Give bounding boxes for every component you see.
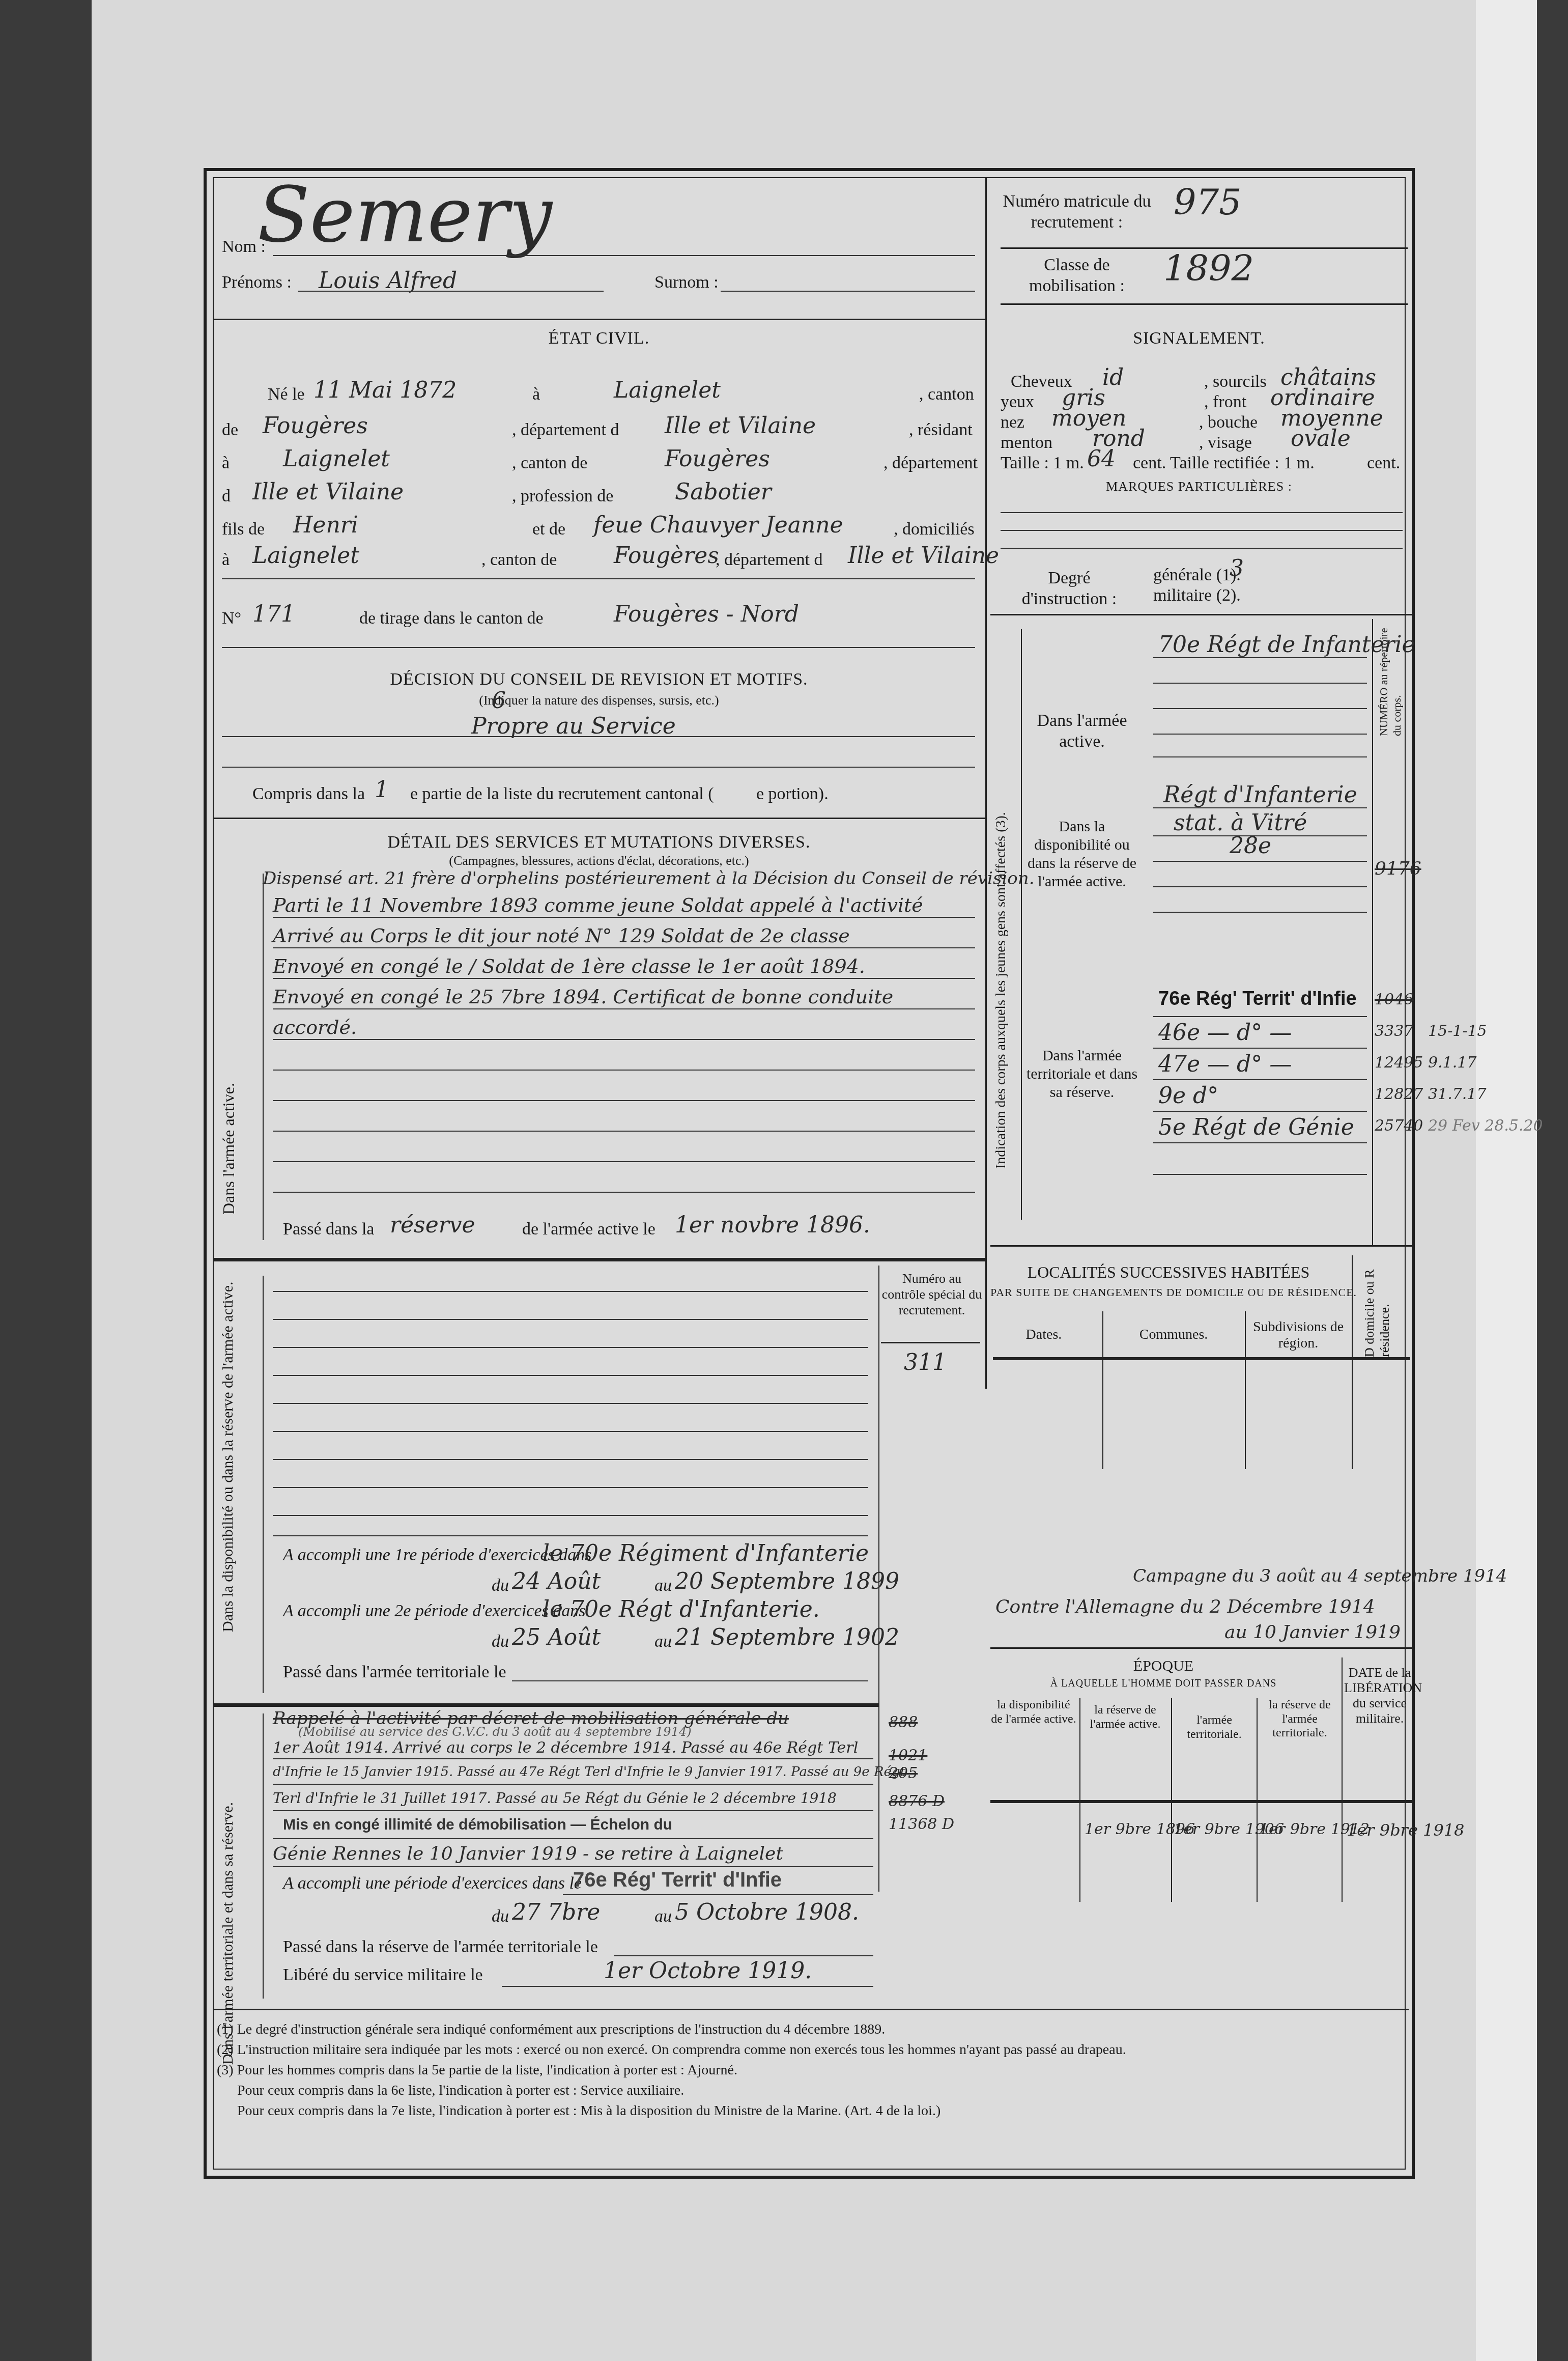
libere-value: 1er Octobre 1919. [604, 1958, 812, 1984]
active-label: Dans l'armée active. [1026, 711, 1138, 752]
passe-reserve-value: réserve [390, 1212, 475, 1238]
liberation-label: DATE de la LIBÉRATION du service militai… [1344, 1665, 1415, 1726]
a-label: à [532, 385, 540, 404]
etat-civil-line [222, 578, 975, 579]
services-rule-10 [273, 1192, 975, 1193]
footnote-3: (3) Pour les hommes compris dans la 5e p… [217, 2062, 737, 2078]
corps-divider [990, 1245, 1413, 1247]
tirage-line [222, 647, 975, 648]
conseil-decision-value: Propre au Service [471, 713, 676, 739]
decision-line-1 [222, 736, 975, 737]
active-rule-1 [1153, 657, 1367, 658]
surnom-line [721, 291, 975, 292]
territoriale-row-0: 76e Rég' Territ' d'Infie 1046 [1153, 986, 1367, 1017]
territoriale-row-4-numero: 25740 [1375, 1117, 1423, 1135]
periode1-au: 20 Septembre 1899 [675, 1568, 899, 1594]
header-divider [213, 319, 985, 320]
passe-reserve-mid: de l'armée active le [522, 1220, 655, 1239]
territoriale-row-4-date: 29 Fev 28.5.20 [1428, 1117, 1543, 1135]
services-rule-9 [273, 1161, 975, 1162]
territoriale-row-1: 46e — d° — 3337 15-1-15 [1153, 1017, 1367, 1049]
territoriale-row-2-numero: 12495 [1375, 1054, 1423, 1072]
territoriale-row-1-corps: 46e — d° — [1158, 1020, 1292, 1046]
front-label: , front [1204, 392, 1246, 412]
services-bracket [263, 874, 264, 1240]
localites-side-column: D domicile ou R résidence. [1362, 1266, 1392, 1357]
active-rule-3 [1153, 708, 1367, 709]
territoriale-side-label: Dans l'armée territoriale et dans sa rés… [219, 1749, 237, 2065]
passe-reserve-date: 1er novbre 1896. [675, 1212, 870, 1238]
territoriale-row-3: 9e d° 12827 31.7.17 [1153, 1080, 1367, 1112]
dispo-rule-4 [273, 1375, 868, 1376]
libere-label: Libéré du service militaire le [283, 1965, 483, 1985]
fils-de-label: fils de [222, 520, 265, 539]
dispo-rule-8 [273, 1487, 868, 1488]
visage-value: ovale [1291, 426, 1351, 452]
territoriale-rule-1 [273, 1758, 873, 1759]
portion-label: e portion). [756, 784, 829, 804]
side-number-0: 888 [889, 1713, 975, 1731]
territoriale-line-5: Mis en congé illimité de démobilisation … [283, 1816, 672, 1834]
compris-label: Compris dans la [252, 784, 365, 804]
territoriale-bracket [263, 1713, 264, 1999]
disponibilite-corps-label: Dans la disponibilité ou dans la réserve… [1026, 818, 1138, 891]
ne-le-value: 11 Mai 1872 [313, 377, 457, 403]
campagne-line-3: au 10 Janvier 1919 [1224, 1622, 1401, 1643]
disponibilite-value-2: 28e [1230, 833, 1271, 859]
page-edge [1476, 0, 1537, 2361]
etat-civil-title: ÉTAT CIVIL. [213, 329, 985, 348]
disponibilite-divider [213, 1703, 879, 1707]
residant-canton-value: Fougères [665, 446, 770, 472]
epoque-header-divider [990, 1800, 1413, 1803]
localites-col-subdivisions: Subdivisions de région. [1247, 1319, 1349, 1352]
periode1-du-label: du [492, 1576, 509, 1595]
conseil-margin-mark: 6 [492, 688, 506, 714]
disponibilite-value-0: Régt d'Infanterie [1163, 782, 1357, 808]
territoriale-row-3-date: 31.7.17 [1428, 1085, 1487, 1103]
column-divider [985, 177, 987, 1389]
footnote-5: Pour ceux compris dans la 7e liste, l'in… [237, 2103, 940, 2119]
residant-a-label: à [222, 454, 230, 473]
services-title: DÉTAIL DES SERVICES ET MUTATIONS DIVERSE… [213, 833, 985, 852]
territoriale-row-2-corps: 47e — d° — [1158, 1051, 1292, 1077]
localites-title: LOCALITÉS SUCCESSIVES HABITÉES [990, 1263, 1347, 1282]
militaire-label: militaire (2). [1153, 586, 1241, 605]
tirage-label: de tirage dans le canton de [359, 609, 544, 628]
territoriale-row-1-date: 15-1-15 [1428, 1022, 1487, 1040]
tirage-no-value: 171 [252, 601, 295, 627]
territoriale-rule-4 [273, 1838, 873, 1839]
territoriale-rule-2 [273, 1784, 873, 1785]
disponibilite-numero: 9176 [1375, 858, 1421, 879]
profession-value: Sabotier [675, 479, 772, 505]
periode-territoriale-au: 5 Octobre 1908. [675, 1899, 859, 1925]
periode2-au: 21 Septembre 1902 [675, 1624, 899, 1650]
domicilies-value: Laignelet [252, 543, 359, 569]
territoriale-row-empty [1153, 1143, 1367, 1175]
prenoms-label: Prénoms : [222, 273, 292, 292]
localites-header-divider [993, 1357, 1410, 1360]
territoriale-line-3: d'Infrie le 15 Janvier 1915. Passé au 47… [273, 1764, 905, 1780]
ne-le-label: Né le [268, 385, 305, 404]
classe-divider [1001, 303, 1408, 305]
territoriale-corps-label: Dans l'armée territoriale et dans sa rés… [1026, 1047, 1138, 1102]
periode2-du-label: du [492, 1632, 509, 1651]
residant-canton-label: , canton de [512, 454, 587, 473]
profession-label: , profession de [512, 487, 613, 506]
territoriale-row-2: 47e — d° — 12495 9.1.17 [1153, 1049, 1367, 1080]
numero-controle-label: Numéro au contrôle spécial du recrutemen… [881, 1271, 983, 1318]
footnote-1: (1) Le degré d'instruction générale sera… [217, 2021, 885, 2038]
dispo-rule-2 [273, 1319, 868, 1320]
services-line-4: Envoyé en congé le 25 7bre 1894. Certifi… [273, 986, 893, 1008]
side-number-1: 1021 [889, 1747, 975, 1764]
generale-label: générale (1). [1153, 566, 1241, 585]
active-rule-5 [1153, 756, 1367, 757]
services-rule-4 [273, 1008, 975, 1009]
compris-suffix: e partie de la liste du recrutement cant… [410, 784, 714, 804]
territoriale-row-4: 5e Régt de Génie 25740 29 Fev 28.5.20 [1153, 1112, 1367, 1143]
pere-value: Henri [293, 512, 358, 538]
epoque-col-reserve-active: la réserve de l'armée active. [1082, 1703, 1168, 1731]
services-line-3: Envoyé en congé le / Soldat de 1ère clas… [273, 955, 865, 977]
degre-label: Degré d'instruction : [1006, 568, 1133, 610]
disponibilite-bracket [263, 1276, 264, 1693]
residant-departement-d-label: d [222, 487, 231, 506]
localites-subtitle: PAR SUITE DE CHANGEMENTS DE DOMICILE OU … [990, 1286, 1347, 1299]
corps-label-divider [1021, 629, 1022, 1220]
services-line-1: Parti le 11 Novembre 1893 comme jeune So… [273, 894, 923, 916]
decision-line-2 [222, 767, 975, 768]
epoque-title: ÉPOQUE [990, 1657, 1336, 1675]
matricule-label: Numéro matricule du recrutement : [1001, 191, 1153, 233]
dispo-rule-7 [273, 1459, 868, 1460]
prenoms-value: Louis Alfred [319, 268, 457, 294]
taille-value: 64 [1087, 446, 1116, 472]
disponibilite-side-label: Dans la disponibilité ou dans la réserve… [219, 1276, 237, 1632]
side-number-4: 11368 D [889, 1815, 975, 1833]
footnote-2: (2) L'instruction militaire sera indiqué… [217, 2042, 1126, 2058]
territoriale-row-3-numero: 12827 [1375, 1085, 1423, 1103]
services-rule-5 [273, 1039, 975, 1040]
services-side-label: Dans l'armée active. [219, 1083, 238, 1215]
mere-value: feue Chauvyer Jeanne [593, 512, 843, 538]
services-line-2: Arrivé au Corps le dit jour noté N° 129 … [273, 924, 850, 947]
localites-col-communes: Communes. [1105, 1327, 1242, 1343]
active-rule-2 [1153, 683, 1367, 684]
dispo-rule-3 [273, 1347, 868, 1348]
prenoms-line [298, 291, 604, 292]
domicilies-departement-label: , département d [716, 550, 823, 570]
menton-label: menton [1001, 433, 1052, 453]
periode1-du: 24 Août [512, 1568, 601, 1594]
residant-value: Laignelet [283, 446, 390, 472]
dispo-corps-rule-5 [1153, 912, 1367, 913]
passe-territoriale-line [512, 1680, 868, 1681]
signalement-title: SIGNALEMENT. [990, 329, 1408, 348]
sourcils-label: , sourcils [1204, 372, 1267, 391]
services-line-5: accordé. [273, 1016, 357, 1038]
libere-line [502, 1986, 873, 1987]
military-register-form: Semery Nom : Prénoms : Louis Alfred Surn… [204, 168, 1415, 2179]
matricule-value: 975 [1174, 181, 1242, 223]
territoriale-line-1: (Mobilisé au service des G.V.C. du 3 aoû… [298, 1725, 692, 1739]
compris-value: 1 [375, 777, 389, 803]
territoriale-row-4-corps: 5e Régt de Génie [1158, 1114, 1354, 1140]
territoriale-corps-rows: 76e Rég' Territ' d'Infie 1046 46e — d° —… [1153, 986, 1509, 1175]
localites-side-divider [1352, 1255, 1353, 1469]
surnom-label: Surnom : [654, 273, 719, 292]
passe-reserve-label: Passé dans la [283, 1220, 374, 1239]
territoriale-row-3-corps: 9e d° [1158, 1083, 1218, 1109]
territoriale-rule-3 [273, 1810, 873, 1811]
controle-header-divider [881, 1342, 980, 1343]
domicilies-label: , domiciliés [894, 520, 975, 539]
dispo-rule-5 [273, 1403, 868, 1404]
epoque-subtitle: À LAQUELLE L'HOMME DOIT PASSER DANS [990, 1678, 1336, 1690]
periode1-au-label: au [654, 1576, 672, 1595]
tirage-no-label: N° [222, 609, 241, 628]
footnote-4: Pour ceux compris dans la 6e liste, l'in… [237, 2083, 684, 2099]
services-rule-6 [273, 1070, 975, 1071]
et-de-label: et de [532, 520, 565, 539]
residant-departement-label: , département [883, 454, 978, 473]
campagne-divider [990, 1647, 1413, 1649]
footnotes-divider [213, 2009, 1409, 2010]
generale-value: 3 [1230, 555, 1244, 581]
territoriale-line-2: 1er Août 1914. Arrivé au corps le 2 déce… [273, 1739, 858, 1757]
numero-controle-value: 311 [904, 1350, 947, 1375]
conseil-title: DÉCISION DU CONSEIL DE REVISION ET MOTIF… [213, 670, 985, 689]
domicilies-departement-value: Ille et Vilaine [848, 543, 999, 569]
conseil-divider [213, 818, 985, 819]
signalement-divider [990, 614, 1413, 615]
territoriale-row-1-numero: 3337 [1375, 1022, 1413, 1040]
periode-territoriale-du: 27 7bre [512, 1899, 600, 1925]
dispo-corps-rule-1 [1153, 807, 1367, 808]
services-divider [213, 1258, 985, 1261]
conseil-subtitle: (Indiquer la nature des dispenses, sursi… [213, 693, 985, 708]
dispo-rule-9 [273, 1515, 868, 1516]
periode-territoriale-rule [563, 1894, 873, 1895]
periode1-corps: le 70e Régiment d'Infanterie [543, 1540, 869, 1566]
active-value-0: 70e Régt de Infanterie [1158, 632, 1415, 658]
canton-de-label: de [222, 420, 238, 440]
taille-rectifiee-label: cent. Taille rectifiée : 1 m. [1133, 454, 1315, 473]
services-rule-3 [273, 978, 975, 979]
nom-label: Nom : [222, 237, 266, 257]
residant-label: , résidant [909, 420, 973, 440]
localites-col-dates: Dates. [993, 1327, 1095, 1343]
active-rule-4 [1153, 734, 1367, 735]
lieu-naissance-value: Laignelet [614, 377, 721, 403]
residant-departement-value: Ille et Vilaine [252, 479, 404, 505]
dispo-rule-10 [273, 1535, 868, 1536]
bouche-label: , bouche [1199, 413, 1258, 432]
campagne-line-2: Contre l'Allemagne du 2 Décembre 1914 [995, 1596, 1375, 1617]
nom-value: Semery [258, 171, 552, 260]
marques-line-3 [1001, 548, 1403, 549]
side-number-2: 205 [889, 1764, 975, 1782]
corps-vertical-label: Indication des corps auxquels les jeunes… [993, 812, 1009, 1169]
domicilies-a-label: à [222, 550, 230, 570]
departement-value: Ille et Vilaine [665, 413, 816, 439]
tirage-canton-value: Fougères - Nord [614, 601, 799, 627]
periode-territoriale-label: A accompli une période d'exercices dans … [283, 1874, 582, 1893]
services-rule-7 [273, 1100, 975, 1101]
cent-label: cent. [1367, 454, 1400, 473]
campagne-line-1: Campagne du 3 août au 4 septembre 1914 [1133, 1566, 1507, 1586]
marques-line-2 [1001, 530, 1403, 531]
dispo-corps-rule-4 [1153, 886, 1367, 887]
passe-territoriale-label: Passé dans l'armée territoriale le [283, 1663, 506, 1682]
territoriale-row-0-corps: 76e Rég' Territ' d'Infie [1158, 988, 1357, 1010]
canton-label: , canton [919, 385, 974, 404]
passe-reserve-territoriale-label: Passé dans la réserve de l'armée territo… [283, 1937, 598, 1957]
periode-territoriale-corps: 76e Rég' Territ' d'Infie [573, 1869, 782, 1892]
canton-value: Fougères [263, 413, 368, 439]
taille-label: Taille : 1 m. [1001, 454, 1084, 473]
side-number-3: 8876 D [889, 1792, 975, 1810]
localites-col-divider-2 [1245, 1311, 1246, 1469]
periode2-au-label: au [654, 1632, 672, 1651]
services-subtitle: (Campagnes, blessures, actions d'éclat, … [213, 853, 985, 868]
territoriale-side-numbers: 888 1021 205 8876 D 11368 D [889, 1713, 975, 1833]
dispo-rule-1 [273, 1291, 868, 1292]
territoriale-rule-5 [273, 1866, 873, 1867]
periode2-label: A accompli une 2e période d'exercices da… [283, 1601, 586, 1621]
marques-line-1 [1001, 512, 1403, 513]
classe-label: Classe de mobilisation : [1001, 255, 1153, 297]
departement-label: , département d [512, 420, 619, 440]
epoque-col-reserve-territoriale: la réserve de l'armée territoriale. [1259, 1698, 1341, 1740]
nez-label: nez [1001, 413, 1024, 432]
territoriale-line-6: Génie Rennes le 10 Janvier 1919 - se ret… [273, 1843, 783, 1864]
epoque-col-disponibilite: la disponibilité de l'armée active. [990, 1698, 1077, 1726]
periode-territoriale-du-label: du [492, 1907, 509, 1926]
services-rule-1 [273, 917, 975, 918]
dispo-corps-rule-3 [1153, 861, 1367, 862]
domicilies-canton-value: Fougères [614, 543, 719, 569]
cheveux-value: id [1102, 364, 1124, 390]
territoriale-line-4: Terl d'Infrie le 31 Juillet 1917. Passé … [273, 1790, 837, 1807]
epoque-liberation-divider [1342, 1657, 1343, 1902]
marques-title: MARQUES PARTICULIÈRES : [990, 479, 1408, 494]
classe-value: 1892 [1163, 247, 1254, 289]
disponibilite-value-1: stat. à Vitré [1174, 810, 1307, 836]
services-rule-8 [273, 1131, 975, 1132]
dispo-rule-6 [273, 1431, 868, 1432]
periode-territoriale-au-label: au [654, 1907, 672, 1926]
periode2-corps: le 70e Régt d'Infanterie. [543, 1596, 820, 1622]
periode2-du: 25 Août [512, 1624, 601, 1650]
epoque-col-territoriale: l'armée territoriale. [1174, 1713, 1255, 1741]
visage-label: , visage [1199, 433, 1252, 453]
localites-col-divider-1 [1102, 1311, 1103, 1469]
yeux-label: yeux [1001, 392, 1034, 412]
passe-reserve-territoriale-line [614, 1955, 873, 1956]
territoriale-row-2-date: 9.1.17 [1428, 1054, 1476, 1072]
nom-line [273, 255, 975, 256]
services-line-0: Dispensé art. 21 frère d'orphelins posté… [263, 868, 1034, 889]
territoriale-row-0-numero: 1046 [1375, 991, 1413, 1008]
epoque-value-reserve-territoriale: 1er 9bre 1912 [1259, 1820, 1370, 1838]
domicilies-canton-label: , canton de [481, 550, 557, 570]
services-rule-2 [273, 947, 975, 948]
